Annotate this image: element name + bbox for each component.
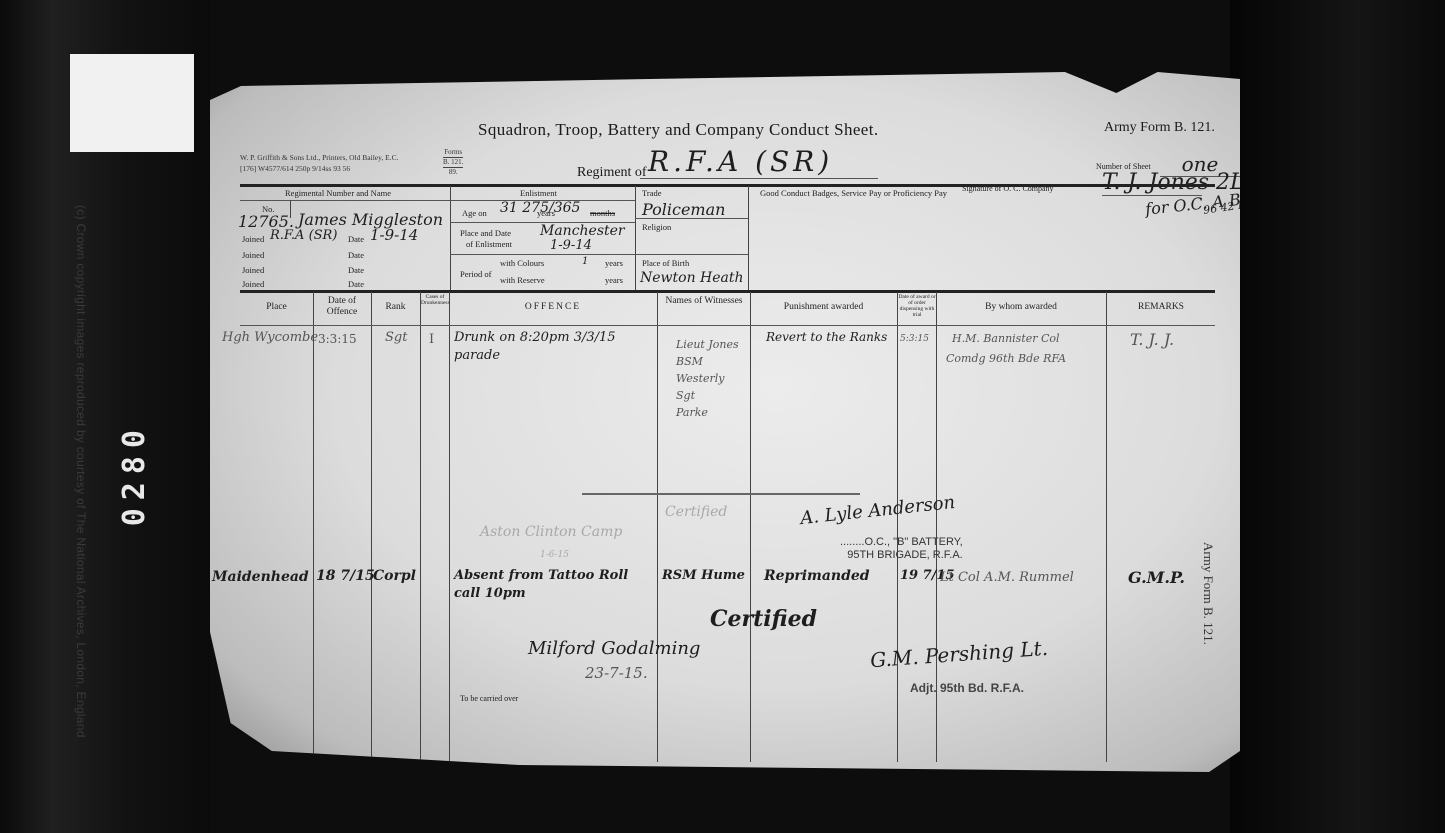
col-header-punishment: Punishment awarded <box>750 302 897 313</box>
col-header-remarks: REMARKS <box>1106 302 1216 313</box>
row1-by-whom-2: Comdg 96th Bde RFA <box>946 352 1066 365</box>
divider <box>635 218 748 219</box>
row1-remarks: T. J. J. <box>1130 330 1174 349</box>
enlistment-header: Enlistment <box>520 188 557 198</box>
faint-date: 1-6-15 <box>540 550 569 560</box>
place-date-label: Place and Date <box>460 228 511 238</box>
row2-date: 18 7/15 <box>316 568 375 584</box>
col-divider <box>1106 292 1107 762</box>
forms-reference: Forms B. 121. 89. <box>443 148 463 177</box>
row2-witnesses: RSM Hume <box>662 568 745 583</box>
divider <box>748 186 749 290</box>
row2-place: Maidenhead <box>212 569 309 585</box>
carried-over-label: To be carried over <box>460 694 518 703</box>
joined-date-1: 1-9-14 <box>370 226 418 244</box>
col-divider <box>420 292 421 762</box>
row2-offence: Absent from Tattoo Roll <box>454 568 628 583</box>
divider <box>450 186 451 290</box>
trade-value: Policeman <box>642 200 725 219</box>
row2-offence-2: call 10pm <box>454 586 526 601</box>
with-reserve-label: with Reserve <box>500 275 545 285</box>
date-label-1: Date <box>348 234 364 244</box>
row2-remarks: G.M.P. <box>1128 568 1185 587</box>
row1-punishment: Revert to the Ranks <box>766 330 887 344</box>
row1-witnesses: Lieut Jones BSM Westerly Sgt Parke <box>676 336 739 421</box>
with-colours-label: with Colours <box>500 258 544 268</box>
age-label: Age on <box>462 208 487 218</box>
joined-label-3: Joined <box>242 265 264 275</box>
row1-place: Hgh Wycombe <box>222 330 318 345</box>
row1-offence: Drunk on 8:20pm 3/3/15 <box>454 330 616 345</box>
col-divider <box>371 292 372 762</box>
milford-date: 23-7-15. <box>585 664 648 682</box>
col-divider <box>313 292 314 762</box>
col-header-date: Date of Offence <box>318 296 366 318</box>
trade-label: Trade <box>642 188 662 198</box>
date-label-2: Date <box>348 250 364 260</box>
enlistment-date: 1-9-14 <box>550 238 592 253</box>
conduct-sheet: Squadron, Troop, Battery and Company Con… <box>210 72 1240 772</box>
faint-certified: Certified <box>665 504 727 520</box>
col-divider <box>897 292 898 762</box>
oc-battery-signature: A. Lyle Anderson <box>799 492 956 529</box>
enlistment-place: Manchester <box>540 223 625 239</box>
row1-offence-2: parade <box>454 348 500 363</box>
good-conduct-label: Good Conduct Badges, Service Pay or Prof… <box>760 188 947 198</box>
months-label: months <box>590 208 615 218</box>
army-form-vertical: Army Form B. 121. <box>1200 542 1216 645</box>
header-row-rule <box>240 325 1215 326</box>
adjutant-stamp: Adjt. 95th Bd. R.F.A. <box>910 682 1024 695</box>
row2-punishment: Reprimanded <box>764 568 870 584</box>
joined-unit-1: R.F.A (SR) <box>270 228 337 243</box>
regiment-value: R.F.A (SR) <box>640 145 878 179</box>
divider <box>635 254 748 255</box>
header-rule <box>240 184 1215 187</box>
form-title: Squadron, Troop, Battery and Company Con… <box>478 120 879 140</box>
archive-credit: (c) Crown copyright images reproduced by… <box>48 205 88 785</box>
joined-label-2: Joined <box>242 250 264 260</box>
col-header-by-whom: By whom awarded <box>936 302 1106 313</box>
printer-imprint: W. P. Griffith & Sons Ltd., Printers, Ol… <box>240 152 398 174</box>
col-header-witnesses: Names of Witnesses <box>662 296 746 307</box>
milford-note: Milford Godalming <box>528 638 700 659</box>
table-top-rule <box>240 290 1215 293</box>
period-label: Period of <box>460 269 491 279</box>
birth-value: Newton Heath <box>640 270 744 286</box>
place-date-label-2: of Enlistment <box>466 239 512 249</box>
religion-label: Religion <box>642 222 671 232</box>
row1-rank: Sgt <box>385 330 407 345</box>
birth-label: Place of Birth <box>642 258 689 268</box>
col-header-offence: OFFENCE <box>449 302 657 313</box>
col-header-rank: Rank <box>371 302 420 313</box>
years-label-3: years <box>605 275 623 285</box>
regimental-number-header: Regimental Number and Name <box>285 188 391 198</box>
col-divider <box>750 292 751 762</box>
row1-drunk: I <box>429 332 434 347</box>
joined-label-1: Joined <box>242 234 264 244</box>
date-label-4: Date <box>348 279 364 289</box>
oc-battery-stamp: ........O.C., "B" BATTERY, 95TH BRIGADE,… <box>840 536 963 562</box>
film-label-tab <box>70 54 194 152</box>
army-form-number: Army Form B. 121. <box>1104 120 1215 136</box>
film-border-right <box>1230 0 1445 833</box>
row2-rank: Corpl <box>373 568 416 584</box>
divider <box>240 200 450 201</box>
frame-number: 0280 <box>117 422 152 526</box>
joined-label-4: Joined <box>242 279 264 289</box>
with-colours-value: 1 <box>582 256 588 267</box>
col-divider <box>657 292 658 762</box>
divider <box>450 254 635 255</box>
regiment-label: Regiment of <box>577 165 647 181</box>
row2-by-whom: Lt Col A.M. Rummel <box>940 570 1074 585</box>
oc-signature: T. J. Jones 2Lt. <box>1102 170 1202 196</box>
certified-note: Certified <box>710 606 817 632</box>
divider <box>635 186 636 290</box>
col-header-award-date: Date of award or of order dispensing wit… <box>898 294 936 318</box>
strike-line <box>582 493 860 495</box>
col-divider <box>449 292 450 762</box>
col-header-drunkenness: Cases of Drunkenness <box>421 294 449 306</box>
row1-date: 3:3:15 <box>318 332 357 346</box>
faint-camp-note: Aston Clinton Camp <box>480 524 622 540</box>
date-label-3: Date <box>348 265 364 275</box>
years-label-2: years <box>605 258 623 268</box>
row1-award-date: 5:3:15 <box>900 334 929 344</box>
col-header-place: Place <box>240 302 313 313</box>
row1-by-whom: H.M. Bannister Col <box>952 332 1060 345</box>
years-label: years <box>537 208 555 218</box>
